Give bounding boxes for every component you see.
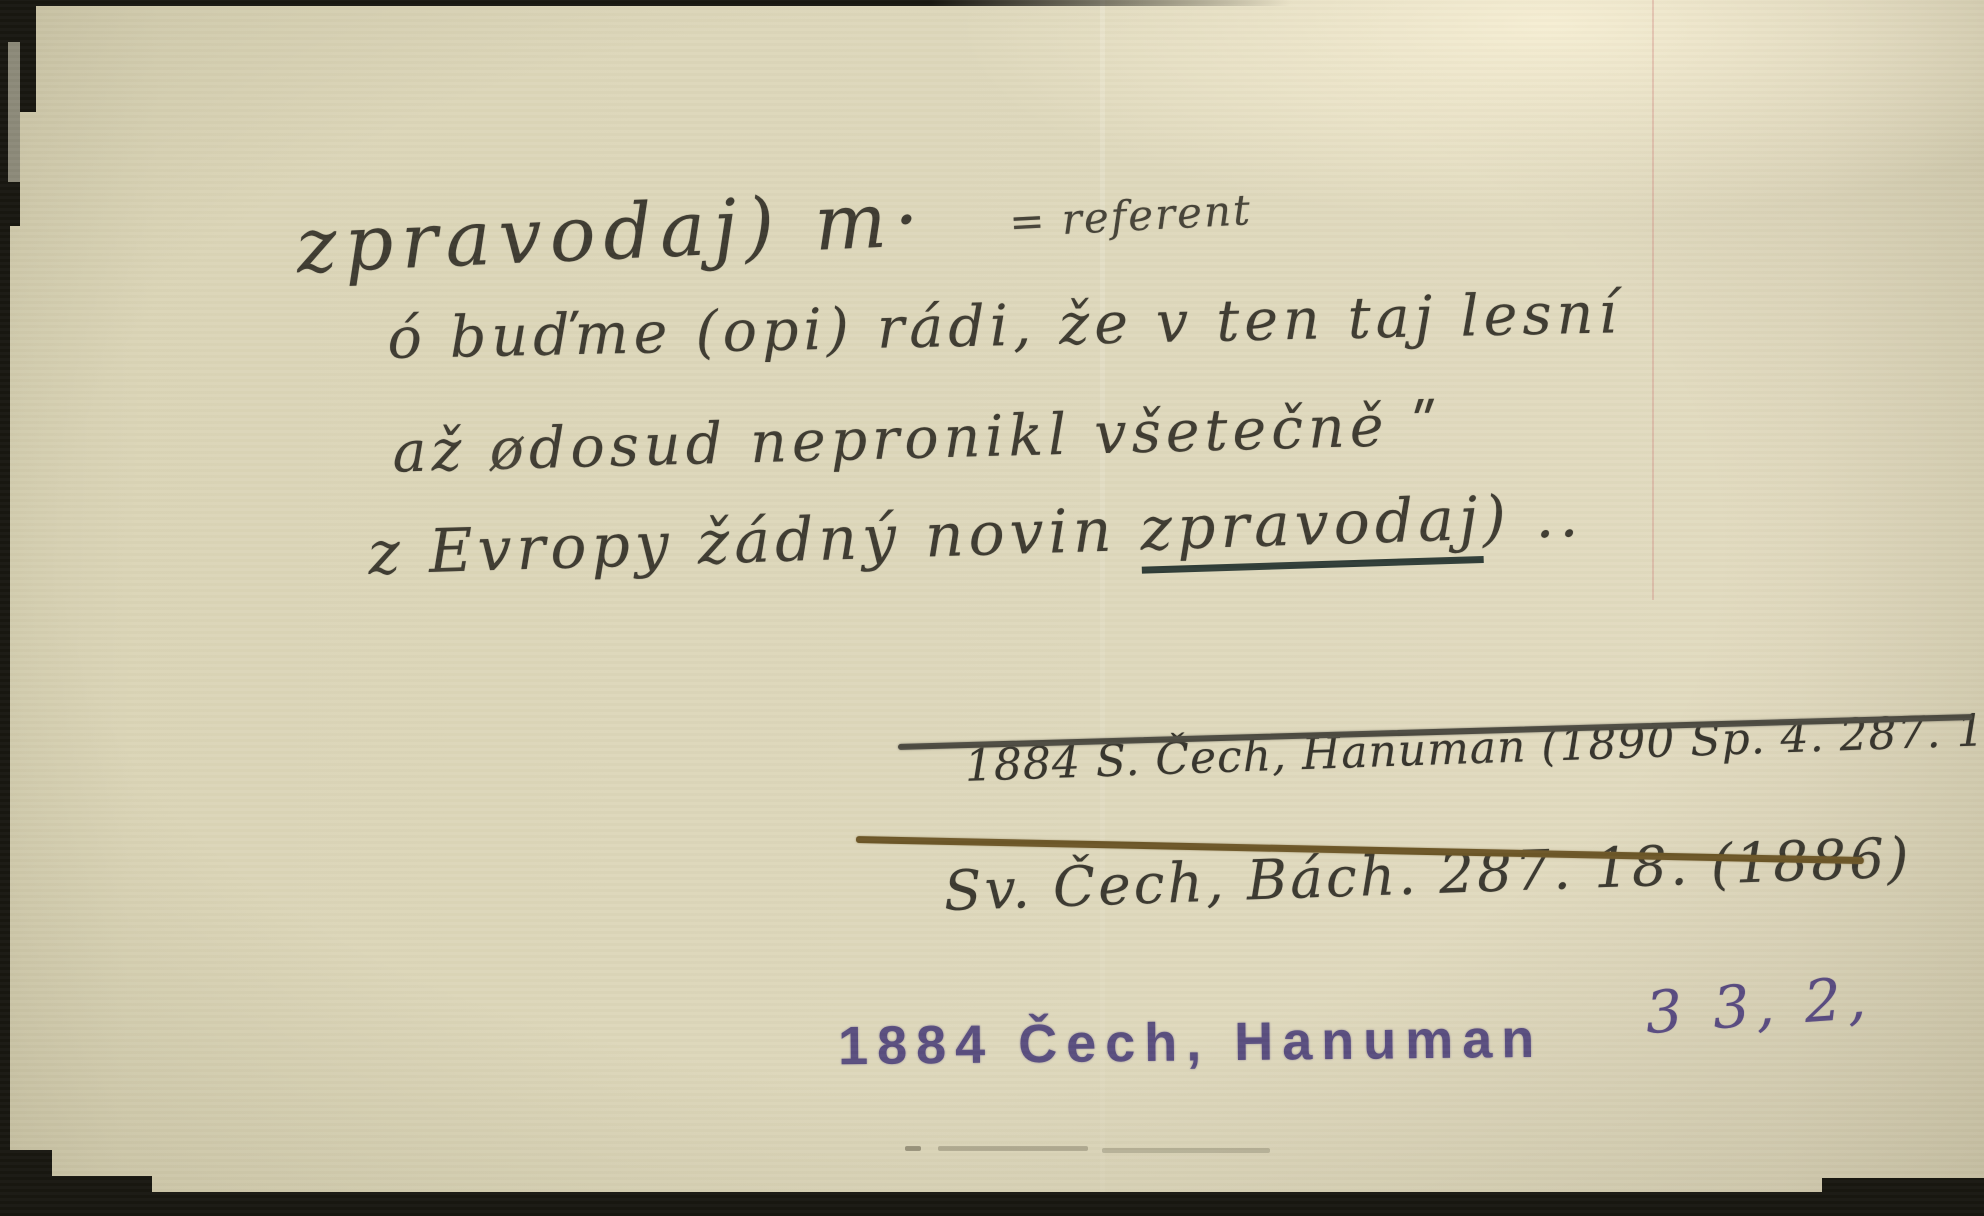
verse-line-3: z Evropy žádný novin zpravodaj) .. bbox=[269, 411, 1587, 662]
catalog-stamp-text: 1884 Čech, Hanuman bbox=[838, 1009, 1544, 1076]
scan-edge-top bbox=[0, 0, 1290, 6]
scan-edge-bottom-left-step bbox=[40, 1176, 152, 1216]
verse-line-3-before: z Evropy žádný novin bbox=[367, 495, 1141, 589]
paper-crease-pink bbox=[1652, 0, 1654, 600]
pencil-dash-2 bbox=[938, 1146, 1088, 1151]
scan-edge-left-gray-patch bbox=[8, 42, 20, 182]
verse-line-3-after: ) .. bbox=[1481, 481, 1584, 554]
pencil-dash-1 bbox=[905, 1146, 921, 1151]
underlined-word: zpravodaj bbox=[1139, 484, 1484, 574]
catalog-stamp: 1884 Čech, Hanuman bbox=[741, 946, 1544, 1140]
scan-edge-bottom bbox=[0, 1192, 1984, 1216]
shelfmark: 3 3, 2, bbox=[1541, 896, 1879, 1122]
scanned-card-page: zpravodaj) m· = referent ó buďme (opi) r… bbox=[0, 0, 1984, 1216]
shelfmark-text: 3 3, 2, bbox=[1643, 963, 1874, 1047]
scan-edge-bottom-right bbox=[1822, 1178, 1984, 1216]
pencil-dash-3 bbox=[1102, 1148, 1270, 1153]
